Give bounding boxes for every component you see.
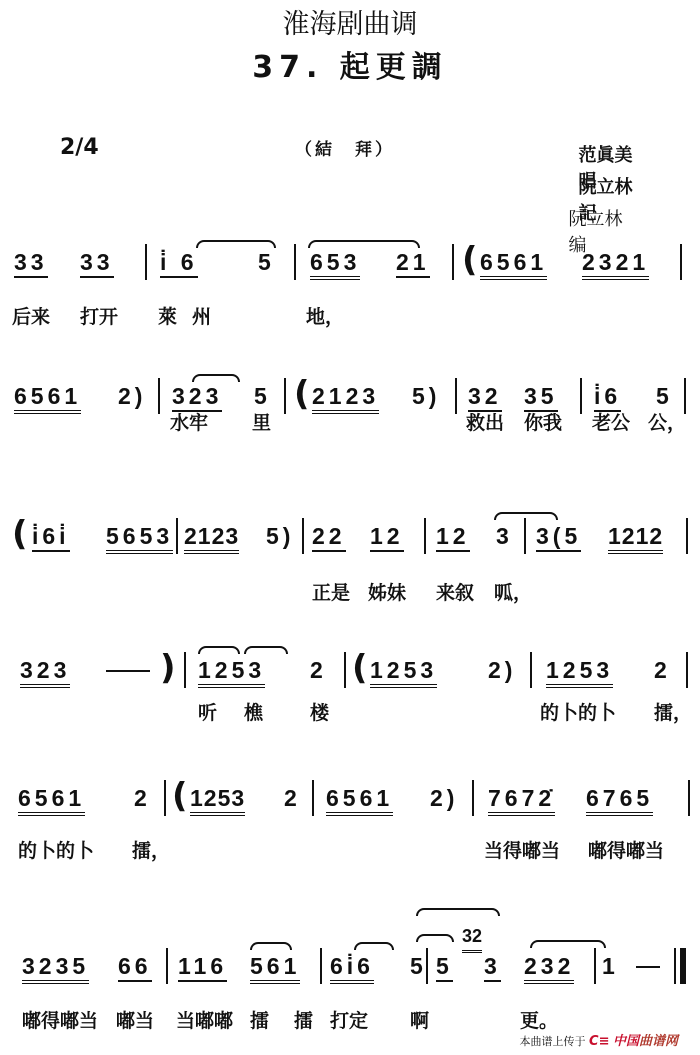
note-group: 2) [430,784,458,812]
barline [686,518,688,554]
barline [184,652,186,688]
note: 5 [656,382,673,410]
note-group: 3235 [22,952,89,984]
barline [426,948,428,984]
lyric: 姊妹 [368,578,406,605]
barline [344,652,346,688]
lyric: 里 [252,408,271,435]
note-group: 2123 [184,522,239,554]
time-signature: 2/4 [60,135,99,160]
barline [320,948,322,984]
note-group: i̇6i̇ [32,522,70,552]
lyric: 啊 [410,1006,429,1033]
site-name-b: 曲谱网 [639,1034,678,1049]
barline [424,518,426,554]
lyric: 后来 [12,302,50,329]
note-group: 6765 [586,784,653,816]
note-group: 1212 [608,522,663,554]
lyric: 老公 [592,408,630,435]
note: 2 [654,656,671,684]
note-group: 7672̇ [488,784,555,816]
note-group: 323 [20,656,70,688]
lyric: 更。 [520,1006,558,1033]
barline [145,244,147,280]
sustain-dash [106,670,150,672]
note-group: 2) [118,382,146,410]
barline [686,652,688,688]
slur [196,240,276,248]
lyric: 的卜的卜 [540,698,616,725]
lyric: 当嘟嘟 [176,1006,233,1033]
barline [688,780,690,816]
note: 5 [258,248,275,276]
note-group: 66 [118,952,152,982]
scene-subtitle: （結 拜） [295,135,395,160]
note-group: 33 [80,248,114,278]
note-group: 1253 [546,656,613,688]
slur [308,240,420,248]
barline [524,518,526,554]
note: 5 [254,382,271,410]
slur [416,908,500,916]
lyric: 擂， [132,836,170,863]
note-group: 116 [178,952,227,982]
open-paren: ( [294,376,310,412]
note-group: 6561 [18,784,85,816]
lyric: 当得嘟当 [484,836,560,863]
lyric: 嘟得嘟当 [588,836,664,863]
note: 2 [284,784,301,812]
barline [680,244,682,280]
barline [158,378,160,414]
note-group: 1253 [198,656,265,688]
lyric: 水牢 [170,408,208,435]
lyric: 的卜的卜 [18,836,94,863]
note-group: 6561 [480,248,547,280]
watermark-text: 本曲谱上传于 [520,1035,586,1048]
barline [302,518,304,554]
final-barline-thick [680,948,686,984]
note-group: 12 [436,522,470,552]
note-group: 5) [266,522,294,550]
note: 2 [134,784,151,812]
lyric: 打开 [80,302,118,329]
lyric: 楼 [310,698,329,725]
lyric: 你我 [524,408,562,435]
note-group: 1253 [190,784,245,816]
open-paren: ( [12,516,28,552]
barline [452,244,454,280]
slur [198,646,240,654]
lyric: 来叙 [436,578,474,605]
note: 3 [496,522,513,550]
slur [250,942,292,950]
site-logo-icon: C≡ [589,1034,609,1049]
barline [176,518,178,554]
lyric: 州 [192,302,211,329]
barline [594,948,596,984]
note: 2 [310,656,327,684]
barline [580,378,582,414]
note-group: 33 [14,248,48,278]
grace-notes: 32 [462,922,482,953]
barline [472,780,474,816]
collection-title: 淮海剧曲调 [0,2,700,41]
credit-arranger-name: 阮立林 [568,209,622,230]
note-group: 21 [396,248,430,278]
lyric: 擂， [654,698,692,725]
lyric: 公， [648,408,686,435]
note-group: 232 [524,952,574,984]
slur [244,646,288,654]
song-title: 37. 起更調 [0,42,700,86]
open-paren: ( [352,650,368,686]
lyric: 萊 [158,302,177,329]
note-group: 653 [310,248,360,280]
barline [294,244,296,280]
lyric: 嘟当 [116,1006,154,1033]
barline [164,780,166,816]
final-barline-thin [674,948,676,984]
lyric: 呱， [494,578,532,605]
note: 5 [410,952,427,980]
note: 1 [602,952,619,980]
lyric: 嘟得嘟当 [22,1006,98,1033]
slur [416,934,454,942]
lyric: 救出 [466,408,504,435]
barline [530,652,532,688]
note-group: 6561 [326,784,393,816]
lyric: 擂 [250,1006,269,1033]
source-watermark: 本曲谱上传于 C≡ 中国曲谱网 [520,1030,678,1049]
barline [455,378,457,414]
lyric: 听 [198,698,217,725]
close-paren: ) [160,650,176,686]
note-group: 12 [370,522,404,552]
open-paren: ( [462,242,478,278]
lyric: 正是 [312,578,350,605]
note-group: 3(5 [536,522,581,552]
slur [530,940,606,948]
barline [312,780,314,816]
note-group: 5) [412,382,440,410]
note-group: 2123 [312,382,379,414]
lyric: 樵 [244,698,263,725]
note-group: 6561 [14,382,81,414]
note-group: i̇ 6 [160,248,198,278]
note: 5 [436,952,453,982]
barline [284,378,286,414]
lyric: 地， [306,302,344,329]
slur [192,374,240,382]
note-group: 2321 [582,248,649,280]
open-paren: ( [172,778,188,814]
note-group: 5653 [106,522,173,554]
lyric: 打定 [330,1006,368,1033]
note-group: 1253 [370,656,437,688]
credit-arranger: 阮立林 编 [557,184,622,257]
site-name-a: 中国 [613,1034,639,1049]
note-group: 22 [312,522,346,552]
barline [166,948,168,984]
note-group: 6i̇6 [330,952,374,984]
note-group: 2) [488,656,516,684]
note-group: 561 [250,952,300,984]
slur [494,512,558,520]
slur [354,942,394,950]
sustain-dash [636,966,660,968]
lyric: 擂 [294,1006,313,1033]
note: 3 [484,952,501,982]
